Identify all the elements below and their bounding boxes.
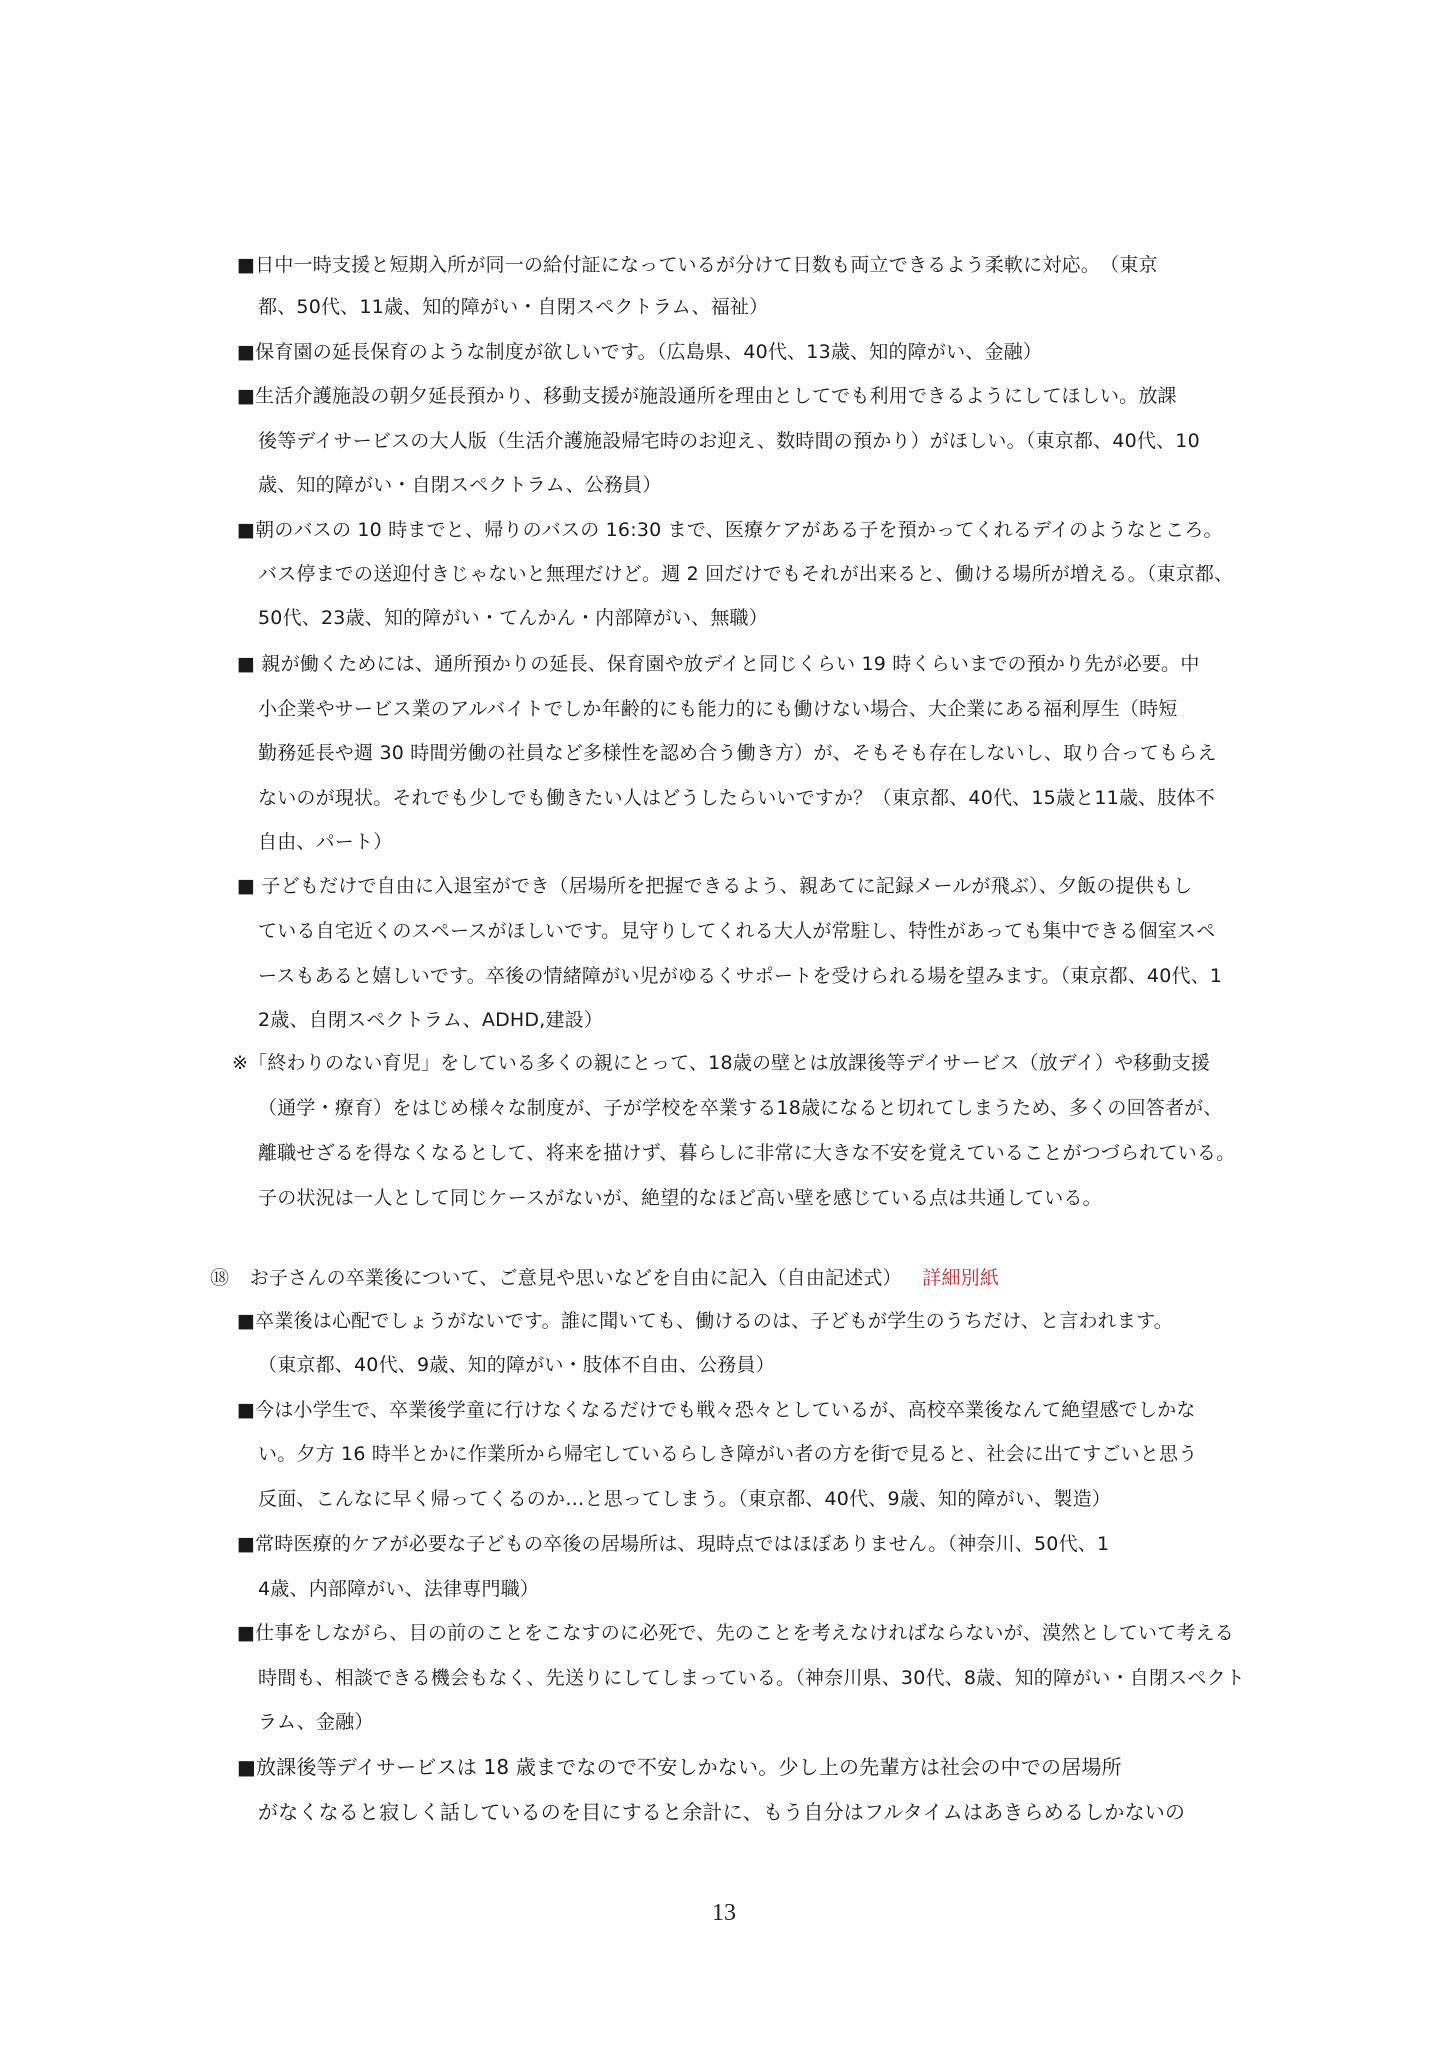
section-title: お子さんの卒業後について、ご意見や思いなどを自由に記入（自由記述式） — [250, 1267, 902, 1289]
note-line: 離職せざるを得なくなるとして、将来を描けず、暮らしに非常に大きな不安を覚えている… — [258, 1140, 1235, 1166]
section-number: ⑱ — [210, 1267, 229, 1289]
response-line: ■朝のバスの 10 時までと、帰りのバスの 16:30 まで、医療ケアがある子を… — [237, 517, 1223, 543]
response-line: 都、50代、11歳、知的障がい・自閉スペクトラム、福祉） — [258, 294, 768, 320]
response-line: ■生活介護施設の朝夕延長預かり、移動支援が施設通所を理由としてでも利用できるよう… — [237, 383, 1177, 409]
response-line: 50代、23歳、知的障がい・てんかん・内部障がい、無職） — [258, 605, 768, 631]
response-line: い。夕方 16 時半とかに作業所から帰宅しているらしき障がい者の方を街で見ると、… — [258, 1441, 1197, 1467]
response-line: 後等デイサービスの大人版（生活介護施設帰宅時のお迎え、数時間の預かり）がほしい。… — [258, 428, 1200, 454]
response-line: ■放課後等デイサービスは 18 歳までなので不安しかない。少し上の先輩方は社会の… — [237, 1754, 1122, 1780]
response-line: ■卒業後は心配でしょうがないです。誰に聞いても、働けるのは、子どもが学生のうちだ… — [237, 1308, 1173, 1334]
detail-sheet-note: 詳細別紙 — [922, 1267, 999, 1289]
page-number: 13 — [0, 1900, 1448, 1927]
response-line: （東京都、40代、9歳、知的障がい・肢体不自由、公務員） — [258, 1352, 775, 1378]
response-line: ラム、金融） — [258, 1709, 374, 1735]
response-line: 4歳、内部障がい、法律専門職） — [258, 1576, 539, 1602]
response-line: ■常時医療的ケアが必要な子どもの卒後の居場所は、現時点ではほぼありません。（神奈… — [237, 1531, 1109, 1557]
response-line: ■ 子どもだけで自由に入退室ができ（居場所を把握できるよう、親あてに記録メールが… — [237, 873, 1192, 899]
response-line: ■仕事をしながら、目の前のことをこなすのに必死で、先のことを考えなければならない… — [237, 1620, 1234, 1646]
response-line: がなくなると寂しく話しているのを目にすると余計に、もう自分はフルタイムはあきらめ… — [258, 1799, 1185, 1825]
response-line: ■保育園の延長保育のような制度が欲しいです。（広島県、40代、13歳、知的障がい… — [237, 339, 1042, 365]
note-line: （通学・療育）をはじめ様々な制度が、子が学校を卒業する18歳になると切れてしまう… — [258, 1095, 1223, 1121]
response-line: 時間も、相談できる機会もなく、先送りにしてしまっている。（神奈川県、30代、8歳… — [258, 1665, 1245, 1691]
response-line: バス停までの送迎付きじゃないと無理だけど。週 2 回だけでもそれが出来ると、働け… — [258, 561, 1233, 587]
response-line: 2歳、自閉スペクトラム、ADHD,建設） — [258, 1007, 603, 1033]
response-line: ■ 親が働くためには、通所預かりの延長、保育園や放デイと同じくらい 19 時くら… — [237, 651, 1200, 677]
note-line: 子の状況は一人として同じケースがないが、絶望的なほど高い壁を感じている点は共通し… — [258, 1185, 1102, 1211]
section-heading: ⑱ お子さんの卒業後について、ご意見や思いなどを自由に記入（自由記述式） 詳細別… — [210, 1265, 999, 1291]
response-line: 反面、こんなに早く帰ってくるのか…と思ってしまう。（東京都、40代、9歳、知的障… — [258, 1486, 1111, 1512]
response-line: ないのが現状。それでも少しでも働きたい人はどうしたらいいですか？（東京都、40代… — [258, 785, 1215, 811]
note-line: ※「終わりのない育児」をしている多くの親にとって、18歳の壁とは放課後等デイサー… — [232, 1050, 1210, 1076]
response-line: 歳、知的障がい・自閉スペクトラム、公務員） — [258, 472, 662, 498]
response-line: ースもあると嬉しいです。卒後の情緒障がい児がゆるくサポートを受けられる場を望みま… — [258, 963, 1222, 989]
response-line: 自由、パート） — [258, 829, 392, 855]
response-line: 小企業やサービス業のアルバイトでしか年齢的にも能力的にも働けない場合、大企業にあ… — [258, 696, 1178, 722]
response-line: ■日中一時支援と短期入所が同一の給付証になっているが分けて日数も両立できるよう柔… — [237, 252, 1158, 278]
document-page: ■日中一時支援と短期入所が同一の給付証になっているが分けて日数も両立できるよう柔… — [0, 0, 1448, 2048]
response-line: ている自宅近くのスペースがほしいです。見守りしてくれる大人が常駐し、特性があって… — [258, 918, 1215, 944]
response-line: 勤務延長や週 30 時間労働の社員など多様性を認め合う働き方）が、そもそも存在し… — [258, 740, 1217, 766]
response-line: ■今は小学生で、卒業後学童に行けなくなるだけでも戦々恐々としているが、高校卒業後… — [237, 1397, 1196, 1423]
